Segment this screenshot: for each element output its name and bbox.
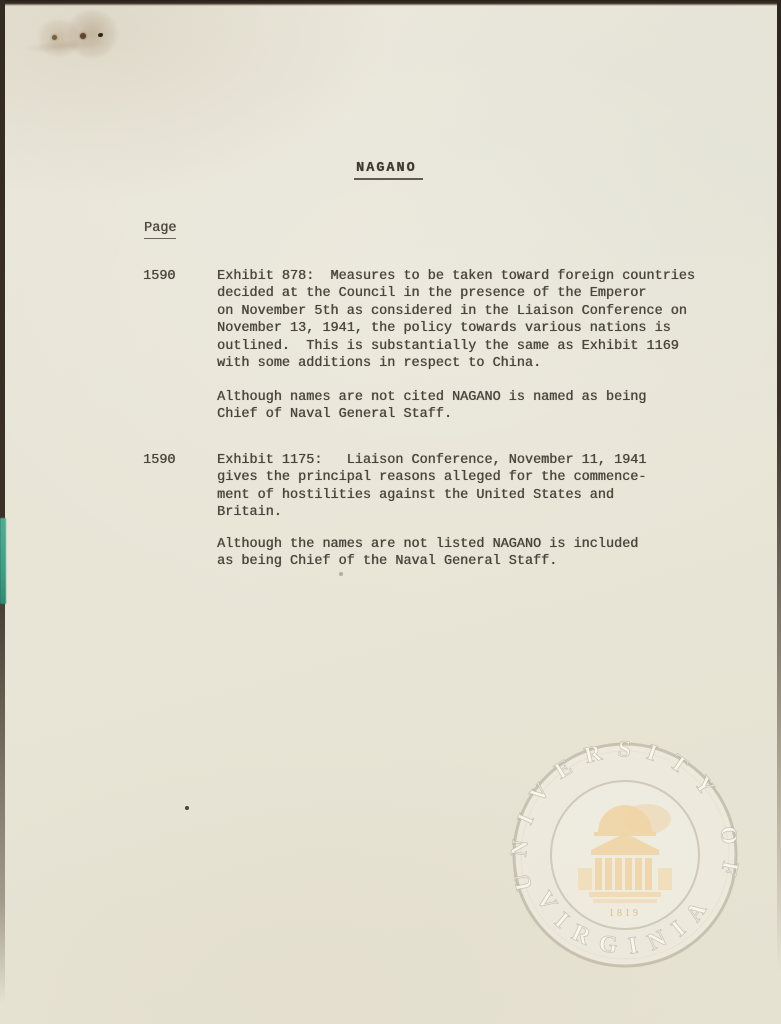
entry-1-note: Although names are not cited NAGANO is n…	[217, 389, 737, 424]
scan-edge-top	[0, 0, 781, 6]
page-column-header: Page	[144, 220, 176, 239]
entry-2-note: Although the names are not listed NAGANO…	[217, 536, 737, 571]
seal-year-text: 1819	[609, 908, 641, 919]
ink-speck	[185, 806, 189, 810]
scan-edge-left	[0, 0, 5, 1024]
entry-2-page-number: 1590	[143, 452, 175, 469]
scanned-document-page: NAGANO Page 1590 Exhibit 878: Measures t…	[0, 0, 781, 1024]
entry-1-body: Exhibit 878: Measures to be taken toward…	[217, 268, 737, 372]
uva-seal-watermark: UNIVERSITY OF VIRGINIA 1819	[505, 735, 745, 975]
ink-speck	[52, 35, 57, 40]
scan-edge-right	[777, 0, 781, 1024]
entry-1-page-number: 1590	[143, 268, 175, 285]
document-title: NAGANO	[354, 160, 423, 180]
ink-speck	[80, 33, 86, 39]
scan-edge-teal-mark	[0, 518, 6, 604]
entry-2-body: Exhibit 1175: Liaison Conference, Novemb…	[217, 452, 737, 522]
paper-stain	[36, 20, 82, 56]
ink-speck	[339, 572, 343, 576]
paper-stain	[66, 10, 118, 58]
paper-smudge	[24, 37, 103, 54]
ink-speck	[98, 33, 103, 37]
